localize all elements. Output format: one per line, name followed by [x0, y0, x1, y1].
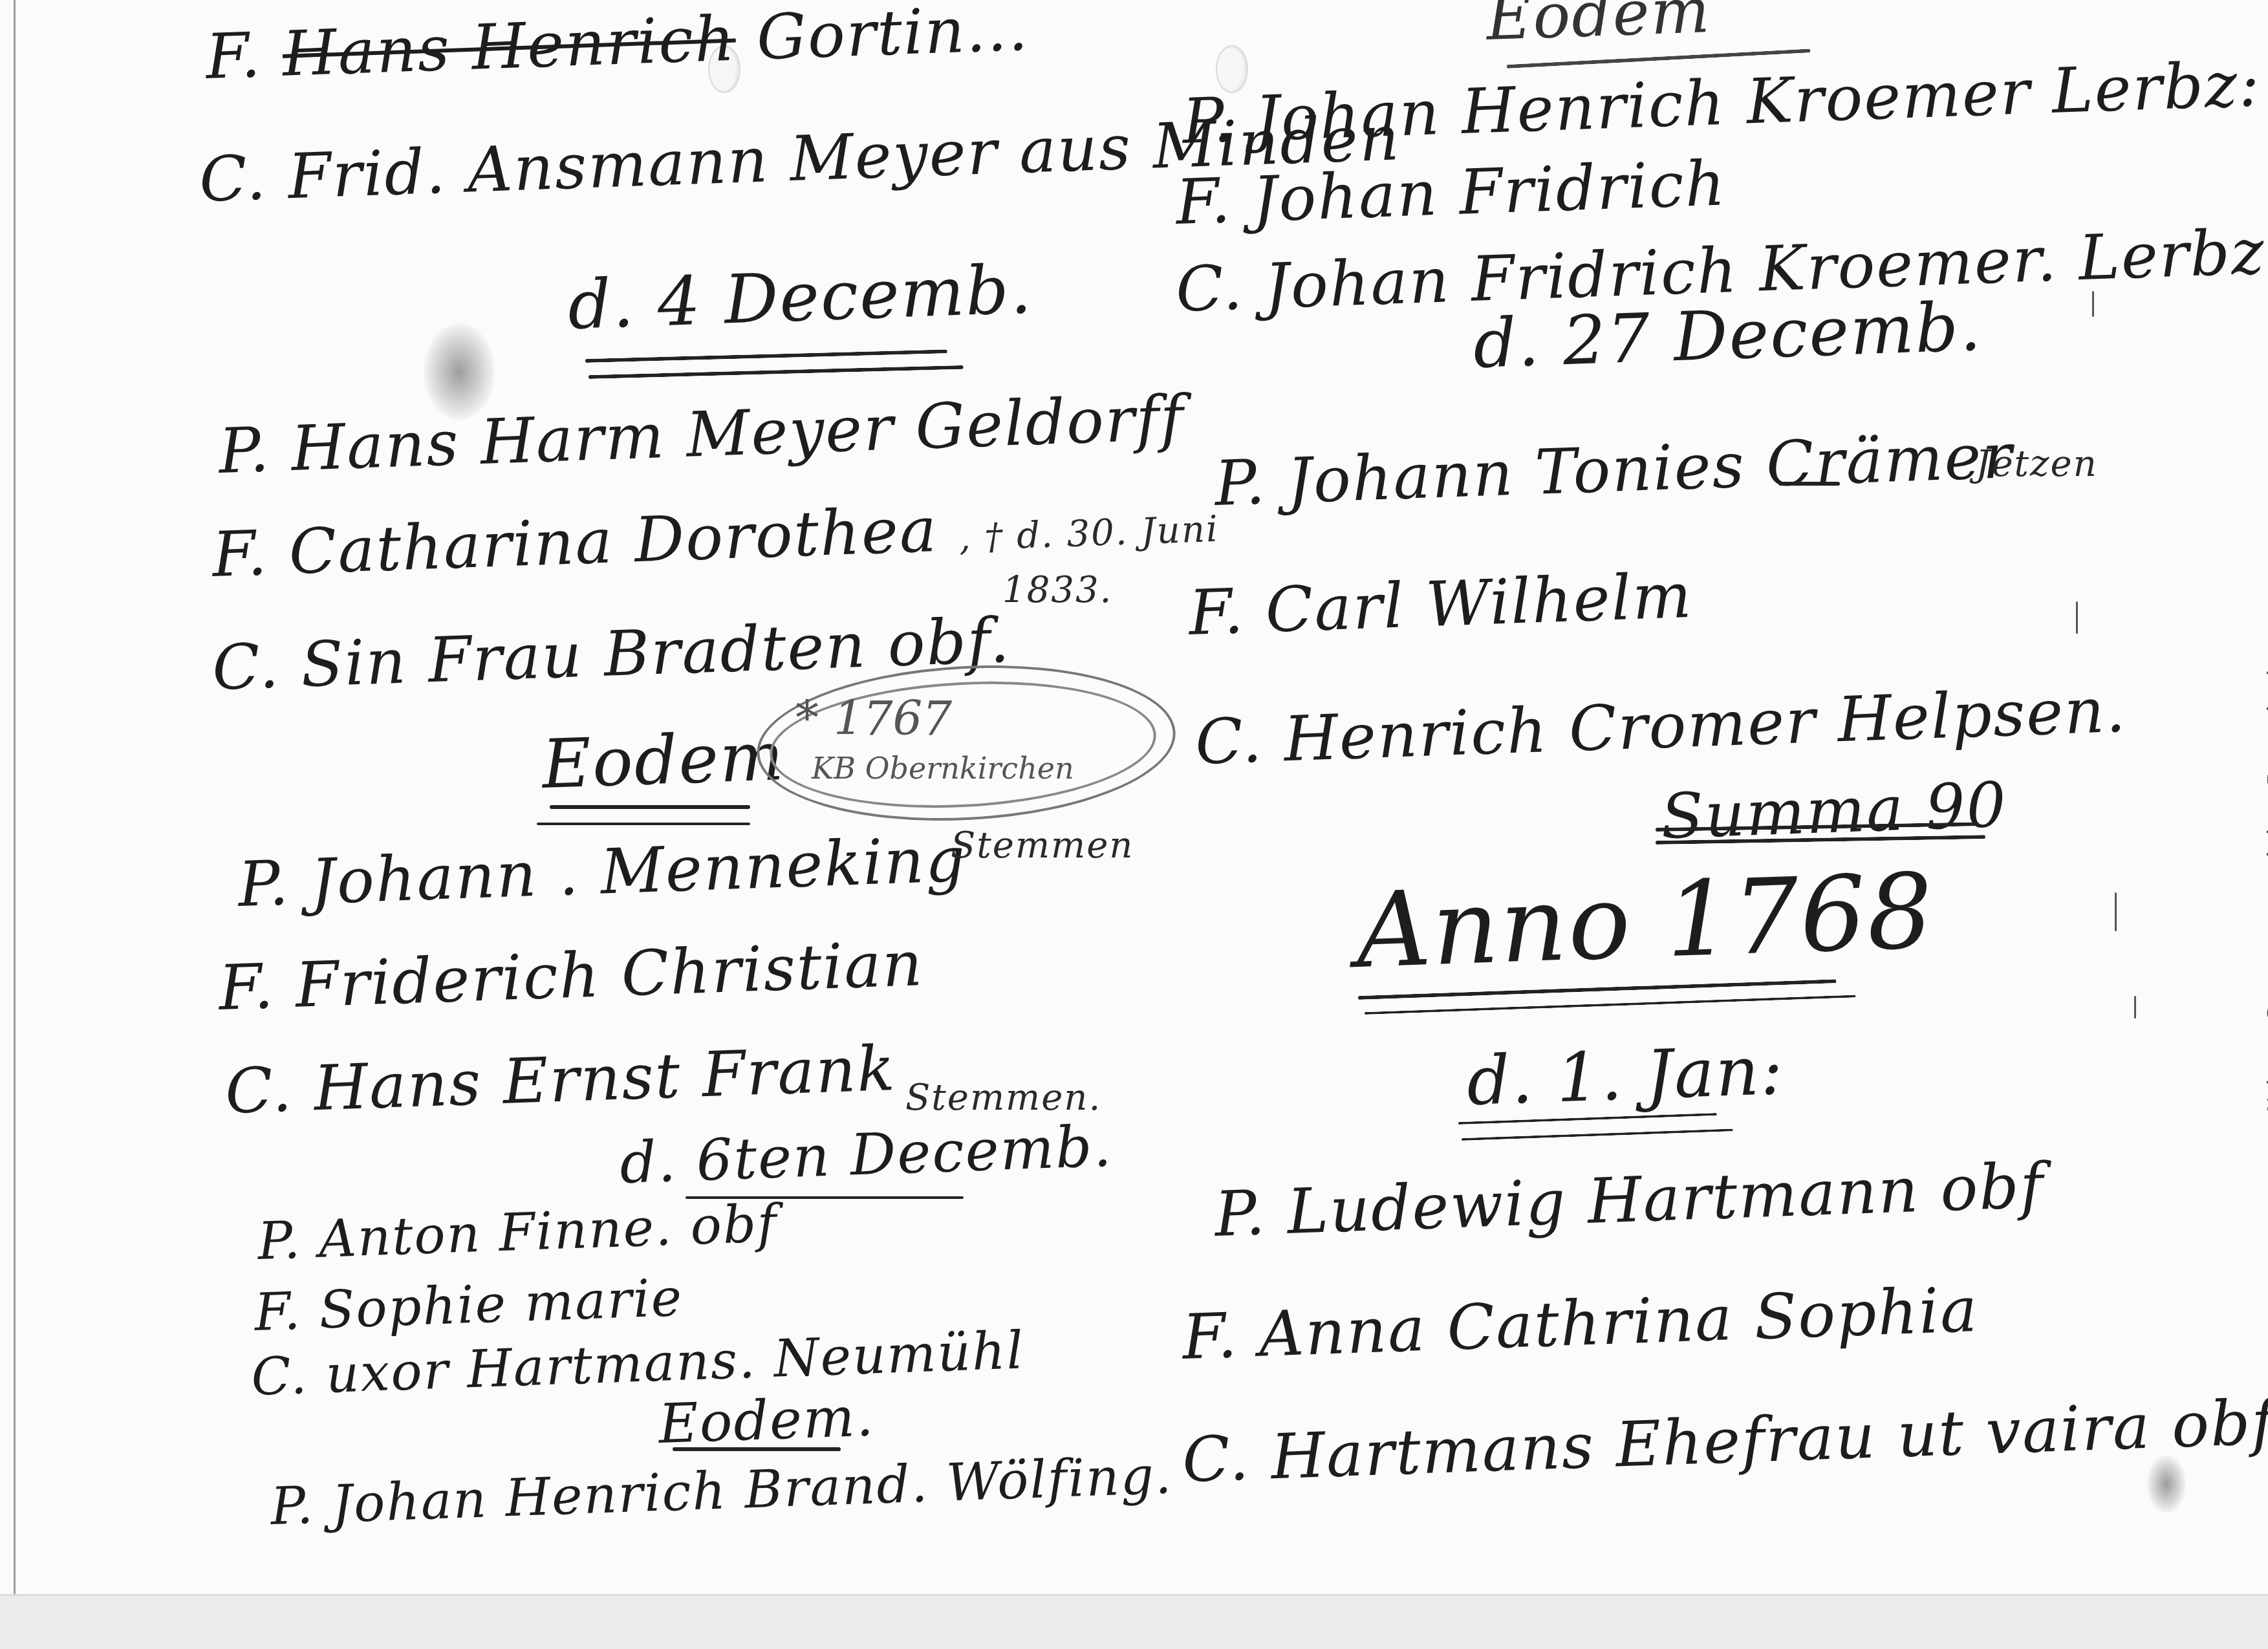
ink-speck — [2134, 996, 2136, 1018]
year-underline — [1365, 995, 1856, 1015]
entry-prefix: F. — [204, 19, 263, 93]
entry-line: P. Ludewig Hartmann obf — [1214, 1154, 2046, 1245]
entry-prefix: P. — [237, 846, 291, 921]
entry-line: P. Johann Tonies Crämer — [1214, 425, 2014, 515]
heading-underline — [537, 823, 750, 825]
entry-line: P. Johan Henrich Brand. Wölfing. — [270, 1449, 1173, 1533]
entry-prefix: F. — [1181, 1299, 1239, 1374]
entry-text: Johan Henrich Kroemer Lerbz: — [1253, 48, 2262, 155]
entry-text: Johan Henrich Brand. Wölfing. — [330, 1445, 1173, 1534]
entry-prefix: C. — [1194, 704, 1264, 779]
heading-underline — [673, 1447, 841, 1451]
entry-line: F. Carl Wilhelm — [1188, 565, 1694, 644]
entry-prefix: P. — [257, 1210, 302, 1271]
entry-prefix: P. — [1213, 1176, 1268, 1251]
entry-line: P. Johan Henrich Kroemer Lerbz: — [1182, 53, 2262, 153]
heading-underline — [585, 349, 947, 363]
place-note: Stemmen. — [905, 1080, 1101, 1116]
entry-prefix: F. — [254, 1281, 303, 1342]
entry-line: C. Hartmans Ehefrau ut vaira obf — [1182, 1391, 2268, 1491]
entry-prefix: P. — [1213, 446, 1268, 520]
date-heading: Eodem — [541, 722, 786, 798]
surname-underline — [1778, 482, 1840, 486]
entry-text: Catharina Dorothea — [288, 493, 939, 588]
entry-prefix: F. — [1174, 164, 1233, 239]
pencil-church-book: KB Obernkirchen — [812, 753, 1074, 783]
scanned-register-page: F. Hans Henrich Gortin... C. Frid. Ansma… — [0, 0, 2268, 1596]
entry-text: Johann . Menneking — [309, 823, 967, 918]
entry-line: F. Anna Cathrina Sophia — [1182, 1278, 1980, 1368]
entry-text: Henrich Cromer Helpsen. — [1282, 674, 2128, 775]
entry-text: Johann Tonies Crämer — [1286, 420, 2014, 517]
date-heading: d. 4 Decemb. — [567, 255, 1033, 339]
date-heading-cut: Eodem — [1485, 0, 1712, 49]
page-binding-edge — [14, 0, 16, 1594]
entry-line: P. Johann . Menneking — [237, 828, 967, 916]
entry-prefix: F. — [217, 950, 275, 1024]
heading-underline — [1462, 1128, 1733, 1141]
entry-prefix: C. — [1174, 251, 1244, 326]
ink-smudge — [2147, 1455, 2186, 1513]
death-note: , † d. 30. Juni — [958, 508, 1220, 559]
scanner-background — [0, 1596, 2268, 1649]
death-year: 1833. — [1002, 572, 1112, 609]
entry-text: Hans Harm Meyer Geldorff — [290, 382, 1185, 485]
struck-text: Hans Henrich — [281, 2, 737, 90]
entry-line: C. Henrich Cromer Helpsen. — [1194, 679, 2128, 773]
entry-line: P. Anton Finne. obf — [257, 1198, 779, 1267]
date-heading: d. 27 Decemb. — [1472, 293, 1983, 378]
entry-line: F. Johan Fridrich — [1175, 152, 1727, 233]
heading-underline — [550, 805, 750, 809]
entry-prefix: P. — [1181, 83, 1235, 158]
entry-prefix: C. — [1181, 1421, 1251, 1496]
entry-prefix: C. — [198, 141, 268, 216]
entry-text: Hartmans Ehefrau ut vaira obf — [1269, 1386, 2268, 1493]
date-heading: Eodem. — [658, 1389, 875, 1451]
entry-prefix: C. — [211, 629, 281, 704]
entry-line: P. Hans Harm Meyer Geldorff — [218, 387, 1186, 482]
entry-text: Carl Wilhelm — [1264, 559, 1694, 647]
entry-line: F. Sophie marie — [254, 1272, 684, 1339]
entry-line: F. Friderich Christian — [218, 932, 925, 1019]
place-note: Jetzen — [1976, 446, 2098, 482]
entry-prefix: C. — [224, 1053, 294, 1128]
entry-text: Anton Finne. obf — [318, 1193, 779, 1269]
entry-text: Gortin... — [755, 0, 1030, 74]
place-note: Stemmen — [951, 828, 1134, 864]
ink-speck — [2115, 892, 2117, 931]
entry-line: F. Hans Henrich Gortin... — [205, 0, 1030, 88]
ink-speck — [2076, 601, 2078, 634]
date-heading: d. 1. Jan: — [1465, 1037, 1785, 1115]
pencil-birth-year: * 1767 — [795, 695, 952, 742]
entry-line: C. Hans Ernst Frank — [224, 1037, 897, 1123]
entry-prefix: C. — [250, 1345, 309, 1407]
entry-prefix: F. — [211, 517, 269, 591]
entry-prefix: P. — [270, 1475, 315, 1536]
heading-underline — [589, 365, 964, 379]
ink-speck — [2092, 291, 2094, 317]
year-heading: Anno 1768 — [1354, 859, 1936, 983]
entry-text: Friderich Christian — [294, 927, 925, 1022]
date-heading: d. 6ten Decemb. — [619, 1117, 1114, 1192]
entry-text: Anna Cathrina Sophia — [1258, 1273, 1980, 1371]
entry-text: Hans Ernst Frank — [312, 1032, 897, 1125]
entry-prefix: P. — [217, 413, 272, 488]
entry-text: Ludewig Hartmann obf — [1286, 1149, 2046, 1248]
entry-text: Sophie marie — [318, 1267, 684, 1341]
entry-prefix: F. — [1187, 575, 1246, 649]
archive-stamp: Nds. Staatsarchiv Bueckeburg — [2263, 604, 2268, 1112]
